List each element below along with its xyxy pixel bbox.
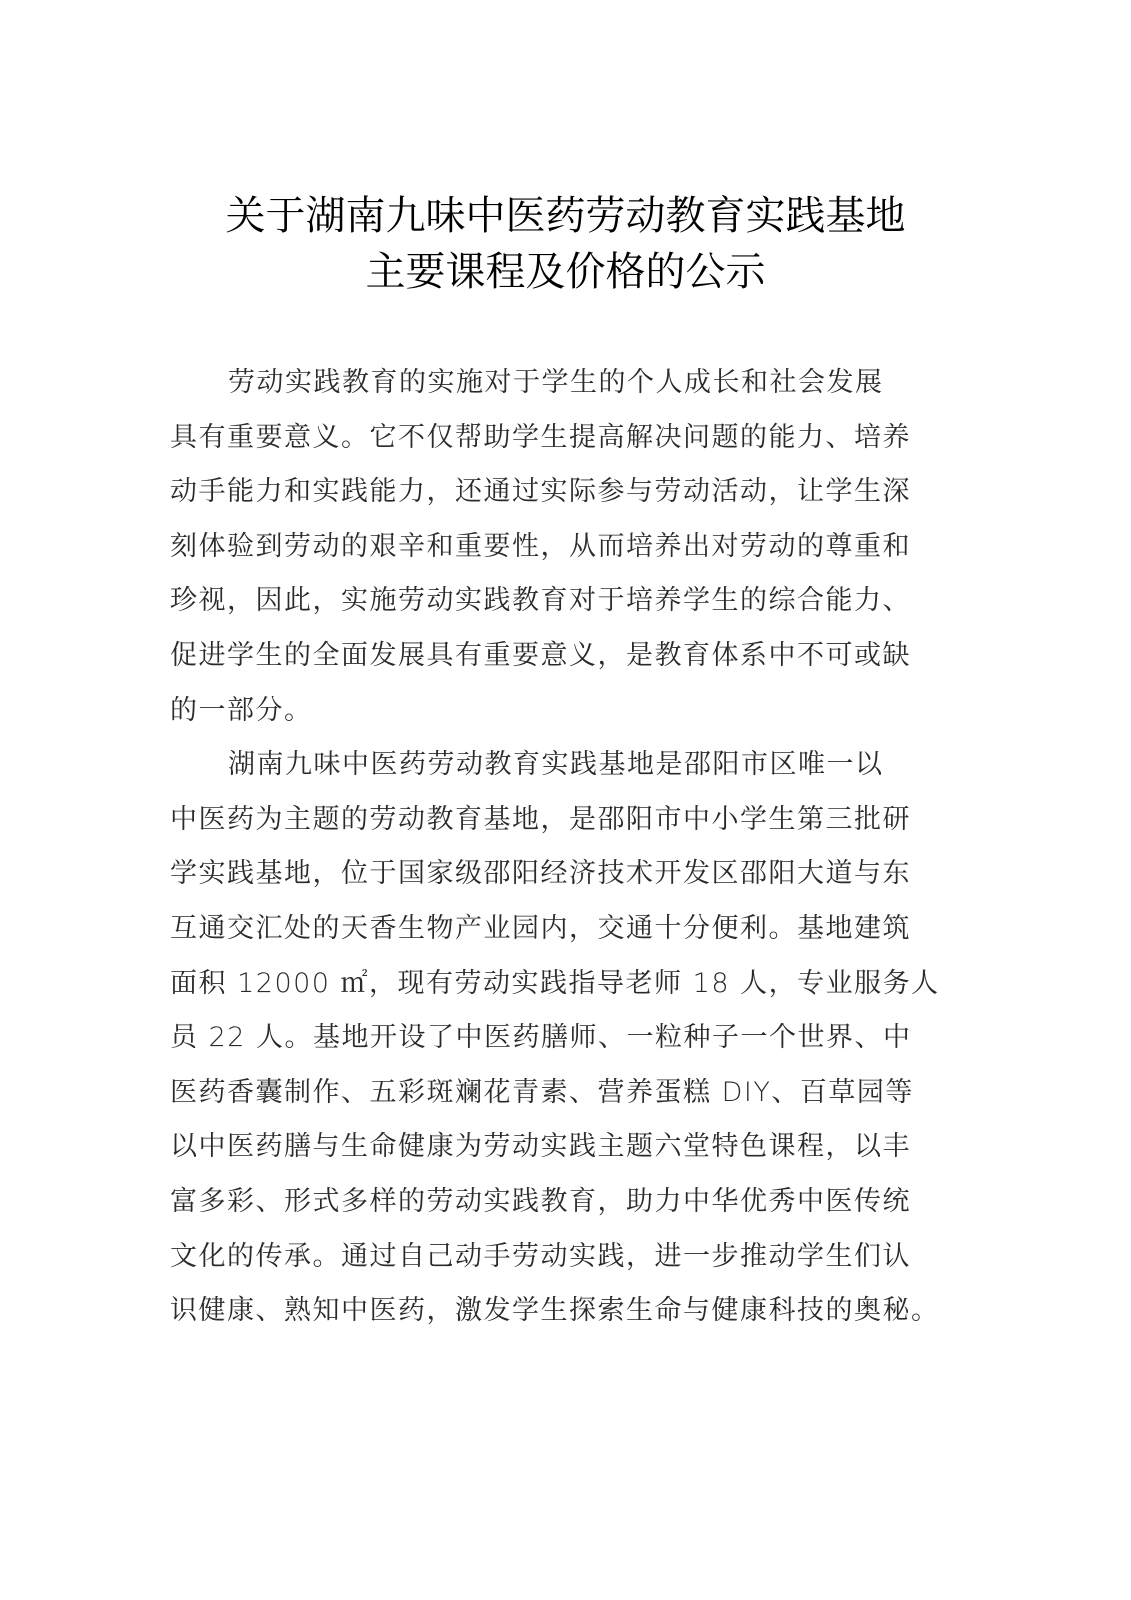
paragraph-line: 的一部分。: [170, 684, 945, 739]
paragraph-1: 劳动实践教育的实施对于学生的个人成长和社会发展 具有重要意义。它不仅帮助学生提高…: [170, 356, 945, 738]
paragraph-line: 以中医药膳与生命健康为劳动实践主题六堂特色课程，以丰: [170, 1120, 945, 1175]
document-title: 关于湖南九味中医药劳动教育实践基地 主要课程及价格的公示: [0, 188, 1131, 300]
title-line-2: 主要课程及价格的公示: [0, 244, 1131, 300]
paragraph-line: 湖南九味中医药劳动教育实践基地是邵阳市区唯一以: [170, 738, 945, 793]
paragraph-line: 动手能力和实践能力，还通过实际参与劳动活动，让学生深: [170, 465, 945, 520]
document-page: 关于湖南九味中医药劳动教育实践基地 主要课程及价格的公示 劳动实践教育的实施对于…: [0, 0, 1131, 1600]
paragraph-line: 中医药为主题的劳动教育基地，是邵阳市中小学生第三批研: [170, 793, 945, 848]
paragraph-line: 互通交汇处的天香生物产业园内，交通十分便利。基地建筑: [170, 902, 945, 957]
paragraph-line: 刻体验到劳动的艰辛和重要性，从而培养出对劳动的尊重和: [170, 520, 945, 575]
paragraph-line: 珍视，因此，实施劳动实践教育对于培养学生的综合能力、: [170, 574, 945, 629]
document-body: 劳动实践教育的实施对于学生的个人成长和社会发展 具有重要意义。它不仅帮助学生提高…: [170, 356, 945, 1339]
paragraph-line: 文化的传承。通过自己动手劳动实践，进一步推动学生们认: [170, 1230, 945, 1285]
paragraph-line: 学实践基地，位于国家级邵阳经济技术开发区邵阳大道与东: [170, 847, 945, 902]
paragraph-line: 医药香囊制作、五彩斑斓花青素、营养蛋糕 DIY、百草园等: [170, 1066, 945, 1121]
paragraph-line: 员 22 人。基地开设了中医药膳师、一粒种子一个世界、中: [170, 1011, 945, 1066]
paragraph-line: 富多彩、形式多样的劳动实践教育，助力中华优秀中医传统: [170, 1175, 945, 1230]
paragraph-line: 具有重要意义。它不仅帮助学生提高解决问题的能力、培养: [170, 411, 945, 466]
title-line-1: 关于湖南九味中医药劳动教育实践基地: [0, 188, 1131, 244]
paragraph-line: 面积 12000 ㎡，现有劳动实践指导老师 18 人，专业服务人: [170, 957, 945, 1012]
paragraph-line: 识健康、熟知中医药，激发学生探索生命与健康科技的奥秘。: [170, 1284, 945, 1339]
paragraph-line: 劳动实践教育的实施对于学生的个人成长和社会发展: [170, 356, 945, 411]
paragraph-2: 湖南九味中医药劳动教育实践基地是邵阳市区唯一以 中医药为主题的劳动教育基地，是邵…: [170, 738, 945, 1339]
paragraph-line: 促进学生的全面发展具有重要意义，是教育体系中不可或缺: [170, 629, 945, 684]
